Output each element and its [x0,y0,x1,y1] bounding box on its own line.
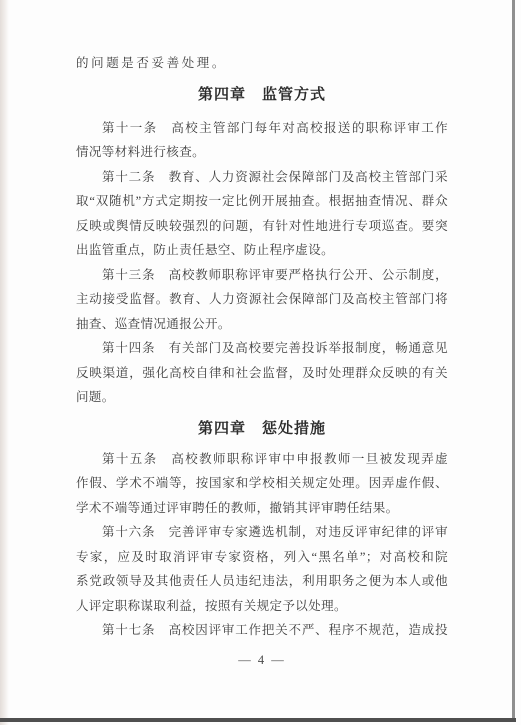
doc-line: 反映渠道，强化高校自律和社会监督，及时处理群众反映的有关 [76,361,448,386]
carryover-line: 的问题是否妥善处理。 [76,51,448,76]
article-14: 第十四条 有关部门及高校要完善投诉举报制度，畅通意见 反映渠道，强化高校自律和社… [76,336,448,410]
doc-line: 问题。 [76,385,448,410]
doc-line: 出监管重点，防止责任悬空、防止程序虚设。 [76,238,448,263]
doc-line: 第十三条 高校教师职称评审要严格执行公开、公示制度， [76,263,448,288]
scan-right-border [512,0,515,719]
scan-bottom-border [0,718,516,722]
page-number: — 4 — [76,650,448,670]
doc-line: 第十一条 高校主管部门每年对高校报送的职称评审工作 [76,116,448,141]
article-12: 第十二条 教育、人力资源社会保障部门及高校主管部门采 取“双随机”方式定期按一定… [76,165,448,263]
chapter-heading-supervision: 第四章 监管方式 [76,82,448,108]
doc-line: 第十四条 有关部门及高校要完善投诉举报制度，畅通意见 [76,336,448,361]
article-16: 第十六条 完善评审专家遴选机制，对违反评审纪律的评审 专家，应及时取消评审专家资… [76,520,448,618]
doc-line: 人评定职称谋取利益，按照有关规定予以处理。 [76,594,448,619]
doc-line: 情况等材料进行核查。 [76,140,448,165]
doc-line: 系党政领导及其他责任人员违纪违法，利用职务之便为本人或他 [76,569,448,594]
scan-left-edge-artifact [0,0,9,725]
doc-line: 专家，应及时取消评审专家资格，列入“黑名单”；对高校和院 [76,545,448,570]
doc-line: 学术不端等通过评审聘任的教师，撤销其评审聘任结果。 [76,496,448,521]
article-15: 第十五条 高校教师职称评审中申报教师一旦被发现弄虚 作假、学术不端等，按国家和学… [76,447,448,521]
article-17: 第十七条 高校因评审工作把关不严、程序不规范，造成投 [76,618,448,643]
article-13: 第十三条 高校教师职称评审要严格执行公开、公示制度， 主动接受监督。教育、人力资… [76,263,448,337]
article-11: 第十一条 高校主管部门每年对高校报送的职称评审工作 情况等材料进行核查。 [76,116,448,165]
doc-line: 作假、学术不端等，按国家和学校相关规定处理。因弄虚作假、 [76,471,448,496]
doc-line: 主动接受监督。教育、人力资源社会保障部门及高校主管部门将 [76,287,448,312]
doc-line: 第十六条 完善评审专家遴选机制，对违反评审纪律的评审 [76,520,448,545]
doc-line: 第十二条 教育、人力资源社会保障部门及高校主管部门采 [76,165,448,190]
doc-line: 第十七条 高校因评审工作把关不严、程序不规范，造成投 [76,618,448,643]
doc-line: 抽查、巡查情况通报公开。 [76,312,448,337]
scanned-document-page: 的问题是否妥善处理。 第四章 监管方式 第十一条 高校主管部门每年对高校报送的职… [0,0,521,725]
document-content: 的问题是否妥善处理。 第四章 监管方式 第十一条 高校主管部门每年对高校报送的职… [76,51,448,670]
chapter-heading-punishment: 第四章 惩处措施 [76,416,448,442]
doc-line: 第十五条 高校教师职称评审中申报教师一旦被发现弄虚 [76,447,448,472]
doc-line: 反映或舆情反映较强烈的问题，有针对性地进行专项巡查。要突 [76,214,448,239]
doc-line: 取“双随机”方式定期按一定比例开展抽查。根据抽查情况、群众 [76,189,448,214]
